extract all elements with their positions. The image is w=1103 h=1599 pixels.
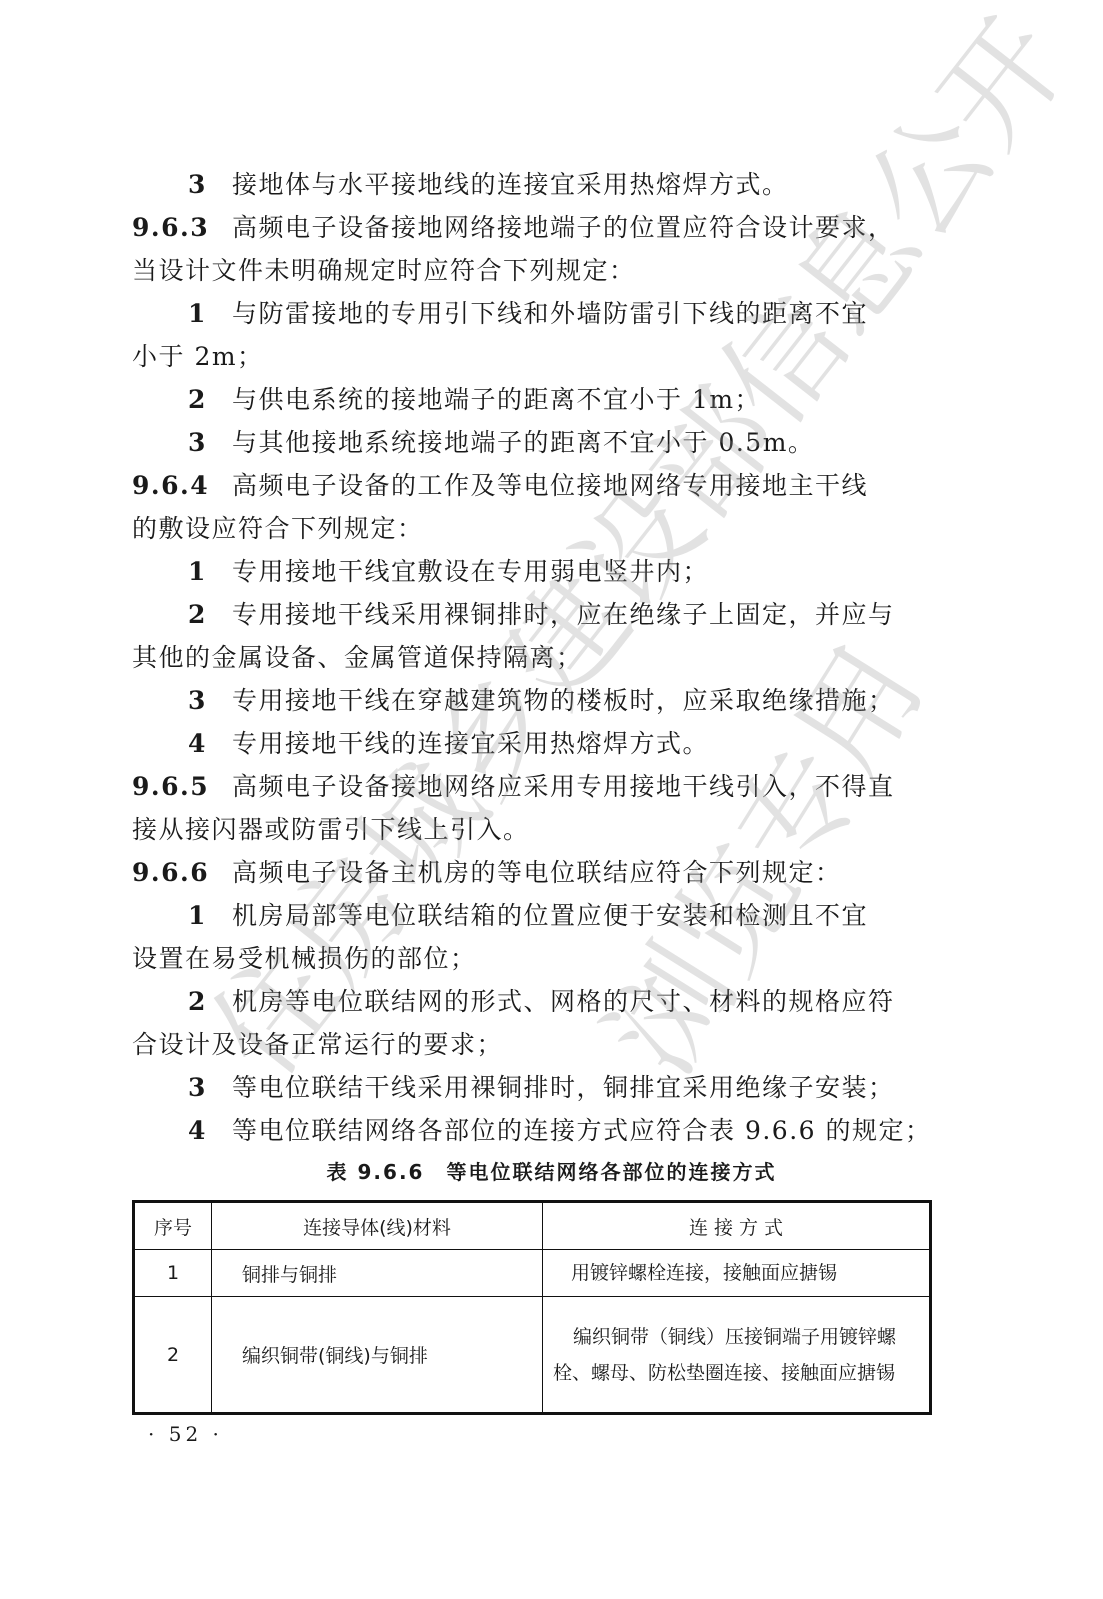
text-line: 3与其他接地系统接地端子的距离不宜小于 0.5m。 <box>188 428 988 458</box>
text-line: 1与防雷接地的专用引下线和外墙防雷引下线的距离不宜 <box>188 299 988 329</box>
text-line: 其他的金属设备、金属管道保持隔离； <box>132 643 932 673</box>
text-line: 小于 2m； <box>132 342 932 372</box>
text-line: 2与供电系统的接地端子的距离不宜小于 1m； <box>188 385 988 415</box>
text-line: 4等电位联结网络各部位的连接方式应符合表 9.6.6 的规定； <box>188 1116 988 1146</box>
cell-material: 编织铜带(铜线)与铜排 <box>212 1297 543 1414</box>
watermark-primary: 住房城乡建设部信息公开 <box>165 0 1098 1105</box>
cell-method: 用镀锌螺栓连接，接触面应搪锡 <box>543 1250 931 1297</box>
clause-heading: 9.6.3高频电子设备接地网络接地端子的位置应符合设计要求， <box>132 213 932 243</box>
cell-index: 2 <box>134 1297 212 1414</box>
text-line: 3专用接地干线在穿越建筑物的楼板时，应采取绝缘措施； <box>188 686 988 716</box>
text-line: 3接地体与水平接地线的连接宜采用热熔焊方式。 <box>188 170 988 200</box>
clause-heading: 9.6.4高频电子设备的工作及等电位接地网络专用接地主干线 <box>132 471 932 501</box>
cell-material: 铜排与铜排 <box>212 1250 543 1297</box>
text-line: 的敷设应符合下列规定： <box>132 514 932 544</box>
clause-heading: 9.6.6高频电子设备主机房的等电位联结应符合下列规定： <box>132 858 932 888</box>
cell-index: 1 <box>134 1250 212 1297</box>
cell-method: 编织铜带（铜线）压接铜端子用镀锌螺栓、螺母、防松垫圈连接、接触面应搪锡 <box>543 1297 931 1414</box>
text-line: 2机房等电位联结网的形式、网格的尺寸、材料的规格应符 <box>188 987 988 1017</box>
text-line: 1专用接地干线宜敷设在专用弱电竖井内； <box>188 557 988 587</box>
text-line: 当设计文件未明确规定时应符合下列规定： <box>132 256 932 286</box>
text-line: 设置在易受机械损伤的部位； <box>132 944 932 974</box>
table-header-row: 序号 连接导体(线)材料 连 接 方 式 <box>134 1202 931 1250</box>
text-line: 3等电位联结干线采用裸铜排时，铜排宜采用绝缘子安装； <box>188 1073 988 1103</box>
header-material: 连接导体(线)材料 <box>212 1202 543 1250</box>
table-caption: 表 9.6.6 等电位联结网络各部位的连接方式 <box>0 1156 1103 1185</box>
page-number: · 52 · <box>148 1422 223 1446</box>
text-line: 4专用接地干线的连接宜采用热熔焊方式。 <box>188 729 988 759</box>
text-line: 合设计及设备正常运行的要求； <box>132 1030 932 1060</box>
header-index: 序号 <box>134 1202 212 1250</box>
connection-table: 序号 连接导体(线)材料 连 接 方 式 1 铜排与铜排 用镀锌螺栓连接，接触面… <box>132 1200 932 1415</box>
clause-heading: 9.6.5高频电子设备接地网络应采用专用接地干线引入，不得直 <box>132 772 932 802</box>
watermark-secondary: 浏览专用 <box>560 610 954 1100</box>
table-row: 1 铜排与铜排 用镀锌螺栓连接，接触面应搪锡 <box>134 1250 931 1297</box>
text-line: 接从接闪器或防雷引下线上引入。 <box>132 815 932 845</box>
header-method: 连 接 方 式 <box>543 1202 931 1250</box>
text-line: 2专用接地干线采用裸铜排时，应在绝缘子上固定，并应与 <box>188 600 988 630</box>
document-page: 3接地体与水平接地线的连接宜采用热熔焊方式。 9.6.3高频电子设备接地网络接地… <box>0 0 1103 1599</box>
table-row: 2 编织铜带(铜线)与铜排 编织铜带（铜线）压接铜端子用镀锌螺栓、螺母、防松垫圈… <box>134 1297 931 1414</box>
text-line: 1机房局部等电位联结箱的位置应便于安装和检测且不宜 <box>188 901 988 931</box>
